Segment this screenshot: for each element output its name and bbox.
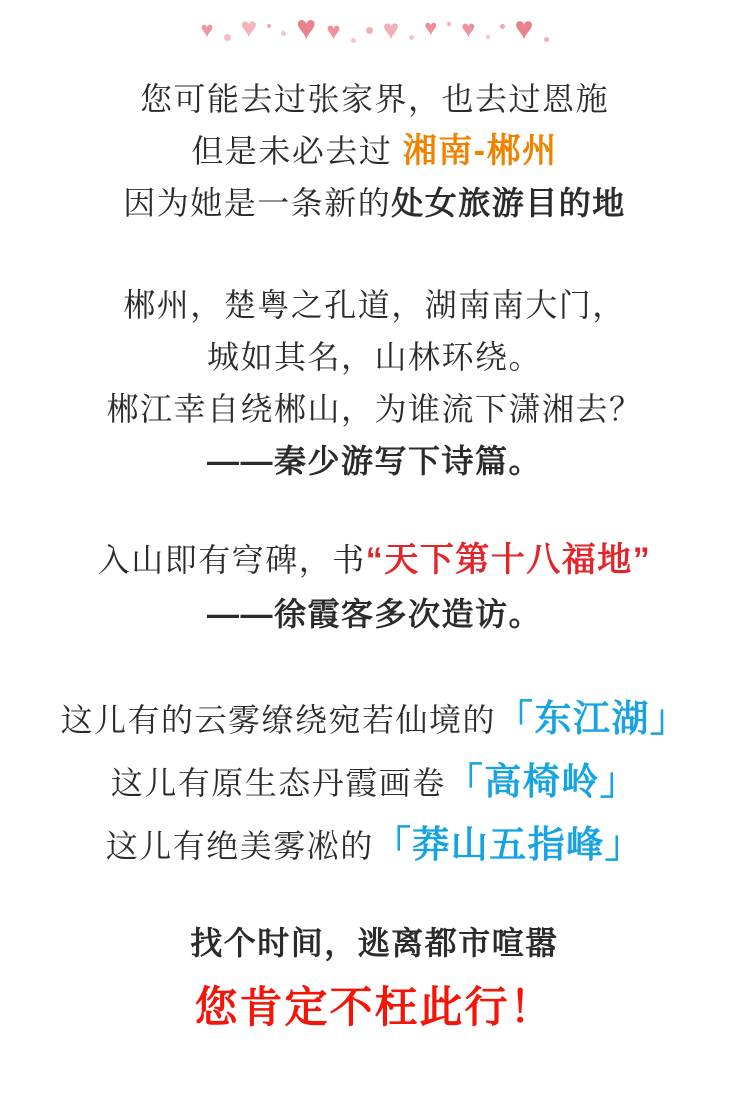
dot-icon — [486, 35, 490, 39]
heart-icon: ♥ — [383, 16, 400, 44]
heart-icon: ♥ — [424, 17, 437, 39]
poem-section: 郴州，楚粤之孔道，湖南南大门， 城如其名，山林环绕。 郴江幸自绕郴山，为谁流下潇… — [0, 279, 749, 487]
heart-icon: ♥ — [241, 14, 258, 42]
dot-icon — [500, 24, 505, 29]
dot-icon — [281, 31, 286, 36]
attractions-section: 这儿有的云雾缭绕宛若仙境的「东江湖」 这儿有原生态丹霞画卷「高椅岭」 这儿有绝美… — [0, 688, 749, 877]
intro-line-2-text: 但是未必去过 — [191, 133, 402, 169]
intro-line-1-text: 您可能去过张家界，也去过恩施 — [140, 81, 609, 117]
poem-line-2: 城如其名，山林环绕。 — [0, 331, 749, 383]
dot-icon — [409, 35, 414, 40]
dot-icon — [224, 34, 231, 41]
heart-icon: ♥ — [326, 20, 340, 44]
highlight-dongjiang-lake: 「东江湖」 — [496, 698, 689, 739]
attraction-line-1-text: 这儿有的云雾缭绕宛若仙境的 — [60, 702, 496, 738]
xu-line-1: 入山即有穹碑，书“天下第十八福地” — [0, 533, 749, 587]
xuxiake-section: 入山即有穹碑，书“天下第十八福地” ——徐霞客多次造访。 — [0, 533, 749, 641]
dot-icon — [267, 24, 271, 28]
poem-attribution: ——秦少游写下诗篇。 — [0, 435, 749, 487]
attraction-line-1: 这儿有的云雾缭绕宛若仙境的「东江湖」 — [0, 688, 749, 751]
hearts-divider: ♥♥♥♥♥♥♥♥ — [0, 0, 749, 50]
dot-icon — [544, 37, 549, 42]
closing-line-1: 找个时间，逃离都市喧嚣 — [0, 917, 749, 969]
attraction-line-3-text: 这儿有绝美雾凇的 — [106, 828, 374, 864]
attraction-line-2-text: 这儿有原生态丹霞画卷 — [111, 765, 446, 801]
highlight-gaoyiling: 「高椅岭」 — [446, 761, 639, 802]
highlight-18th-blessed-land: “天下第十八福地” — [366, 541, 652, 579]
xu-line-1-text: 入山即有穹碑，书 — [98, 542, 366, 578]
poem-line-1: 郴州，楚粤之孔道，湖南南大门， — [0, 279, 749, 331]
attraction-line-3: 这儿有绝美雾凇的「莽山五指峰」 — [0, 814, 749, 877]
highlight-virgin-destination: 处女旅游目的地 — [391, 185, 626, 221]
article-page: ♥♥♥♥♥♥♥♥ 您可能去过张家界，也去过恩施 但是未必去过 湘南-郴州 因为她… — [0, 0, 749, 1094]
intro-line-1: 您可能去过张家界，也去过恩施 — [0, 73, 749, 125]
highlight-xiangnan-chenzhou: 湘南-郴州 — [403, 132, 558, 170]
intro-line-3-text: 因为她是一条新的 — [123, 185, 391, 221]
intro-line-3: 因为她是一条新的处女旅游目的地 — [0, 177, 749, 229]
xu-attribution: ——徐霞客多次造访。 — [0, 587, 749, 641]
intro-section: 您可能去过张家界，也去过恩施 但是未必去过 湘南-郴州 因为她是一条新的处女旅游… — [0, 73, 749, 229]
intro-line-2: 但是未必去过 湘南-郴州 — [0, 125, 749, 177]
dot-icon — [351, 38, 356, 43]
highlight-mangshan-five-finger-peak: 「莽山五指峰」 — [374, 824, 644, 865]
poem-line-3: 郴江幸自绕郴山，为谁流下潇湘去？ — [0, 383, 749, 435]
heart-icon: ♥ — [461, 18, 475, 42]
dot-icon — [366, 27, 373, 34]
heart-icon: ♥ — [515, 12, 534, 44]
closing-line-2: 您肯定不枉此行！ — [0, 977, 749, 1039]
dot-icon — [447, 22, 451, 26]
closing-section: 找个时间，逃离都市喧嚣 您肯定不枉此行！ — [0, 917, 749, 1039]
heart-icon: ♥ — [200, 19, 213, 41]
heart-icon: ♥ — [296, 11, 316, 45]
attraction-line-2: 这儿有原生态丹霞画卷「高椅岭」 — [0, 751, 749, 814]
